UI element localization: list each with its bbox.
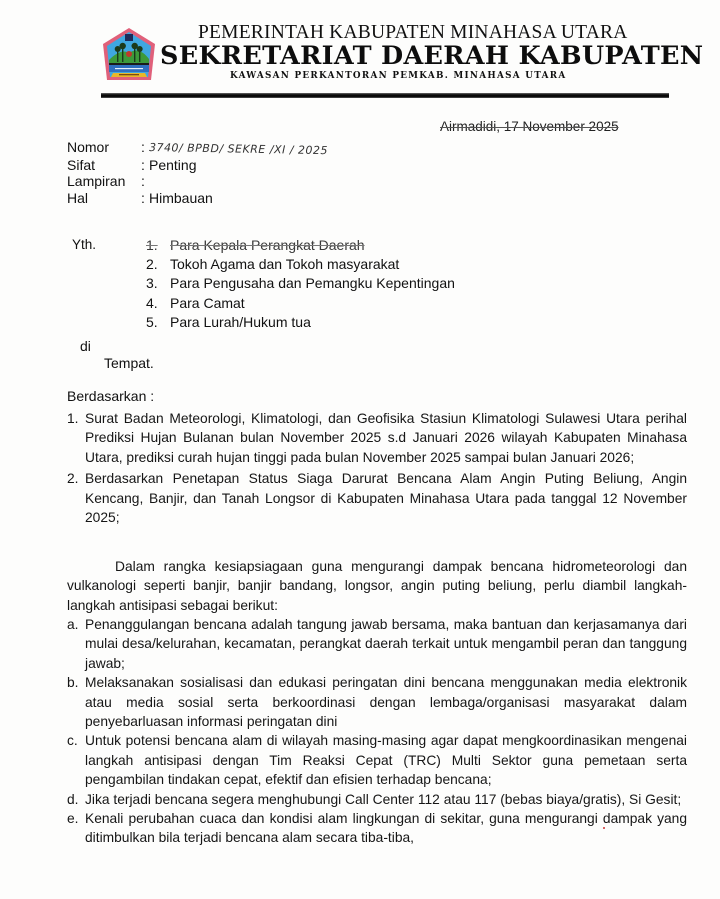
basis-heading: Berdasarkan :: [67, 388, 154, 404]
list-marker: e.: [67, 809, 79, 828]
meta-label: Hal: [67, 190, 141, 207]
letter-page: PEMERINTAH KABUPATEN MINAHASA UTARA SEKR…: [0, 0, 720, 899]
intro-paragraph: Dalam rangka kesiapsiagaan guna menguran…: [67, 557, 687, 615]
letterhead-divider: [101, 93, 669, 98]
list-item: 3. Para Pengusaha dan Pemangku Kepenting…: [146, 274, 455, 293]
list-item: a. Penanggulangan bencana adalah tangung…: [67, 615, 687, 673]
list-number: 3.: [146, 274, 170, 293]
letterhead-office-name: SEKRETARIAT DAERAH KABUPATEN: [160, 41, 703, 70]
list-marker: d.: [67, 790, 79, 809]
list-item: 1. Surat Badan Meteorologi, Klimatologi,…: [67, 409, 687, 467]
list-item: 5. Para Lurah/Hukum tua: [146, 313, 455, 332]
list-item: c. Untuk potensi bencana alam di wilayah…: [67, 731, 687, 789]
meta-row-hal: Hal : Himbauan: [67, 190, 328, 207]
list-item: d. Jika terjadi bencana segera menghubun…: [67, 790, 687, 809]
meta-separator: :: [141, 139, 149, 157]
measure-text: Kenali perubahan cuaca dan kondisi alam …: [85, 811, 687, 845]
list-marker: 1.: [67, 409, 79, 428]
letter-meta: Nomor : 3740/ BPBD/ SEKRE /XI / 2025 Sif…: [67, 139, 328, 206]
meta-separator: :: [141, 173, 149, 190]
recipient-text: Para Kepala Perangkat Daerah: [170, 236, 365, 255]
list-marker: 2.: [67, 469, 79, 488]
list-number: 4.: [146, 294, 170, 313]
recipient-text: Tokoh Agama dan Tokoh masyarakat: [170, 255, 399, 274]
meta-value: Himbauan: [149, 190, 213, 207]
recipients-list: 1. Para Kepala Perangkat Daerah 2. Tokoh…: [146, 236, 455, 332]
list-marker: a.: [67, 615, 79, 634]
letter-number-handwritten: 3740/ BPBD/ SEKRE /XI / 2025: [149, 139, 328, 160]
basis-list: 1. Surat Badan Meteorologi, Klimatologi,…: [67, 409, 687, 527]
list-marker: b.: [67, 673, 79, 692]
meta-row-nomor: Nomor : 3740/ BPBD/ SEKRE /XI / 2025: [67, 139, 328, 157]
basis-text: Surat Badan Meteorologi, Klimatologi, da…: [85, 411, 687, 465]
list-item: 2. Berdasarkan Penetapan Status Siaga Da…: [67, 469, 687, 527]
list-item: b. Melaksanakan sosialisasi dan edukasi …: [67, 673, 687, 731]
meta-separator: :: [141, 190, 149, 207]
address-place: Tempat.: [104, 355, 154, 371]
meta-row-lampiran: Lampiran :: [67, 173, 328, 190]
measure-text: Untuk potensi bencana alam di wilayah ma…: [85, 733, 687, 787]
list-marker: c.: [67, 731, 78, 750]
recipient-text: Para Lurah/Hukum tua: [170, 313, 311, 332]
list-item: e. Kenali perubahan cuaca dan kondisi al…: [67, 809, 687, 848]
list-number: 2.: [146, 255, 170, 274]
list-number: 5.: [146, 313, 170, 332]
meta-value: Penting: [149, 157, 196, 174]
measures-list: a. Penanggulangan bencana adalah tangung…: [67, 615, 687, 848]
measure-text: Penanggulangan bencana adalah tangung ja…: [85, 617, 687, 671]
list-item: 4. Para Camat: [146, 294, 455, 313]
list-item: 2. Tokoh Agama dan Tokoh masyarakat: [146, 255, 455, 274]
letterhead-address: KAWASAN PERKANTORAN PEMKAB. MINAHASA UTA…: [230, 71, 566, 81]
address-di: di: [80, 338, 91, 354]
meta-row-sifat: Sifat : Penting: [67, 157, 328, 174]
measure-text: Jika terjadi bencana segera menghubungi …: [85, 792, 681, 807]
meta-label: Lampiran: [67, 173, 141, 190]
recipient-text: Para Camat: [170, 294, 245, 313]
recipient-text: Para Pengusaha dan Pemangku Kepentingan: [170, 274, 455, 293]
basis-text: Berdasarkan Penetapan Status Siaga Darur…: [85, 471, 687, 525]
meta-separator: :: [141, 157, 149, 174]
regency-coat-of-arms-icon: [101, 26, 157, 82]
meta-label: Sifat: [67, 157, 141, 174]
meta-label: Nomor: [67, 139, 141, 157]
list-number: 1.: [146, 236, 170, 255]
scan-speck: [603, 827, 605, 829]
measure-text: Melaksanakan sosialisasi dan edukasi per…: [85, 675, 687, 729]
letter-date: Airmadidi, 17 November 2025: [440, 119, 619, 134]
list-item: 1. Para Kepala Perangkat Daerah: [146, 236, 455, 255]
recipients-label: Yth.: [72, 237, 96, 252]
